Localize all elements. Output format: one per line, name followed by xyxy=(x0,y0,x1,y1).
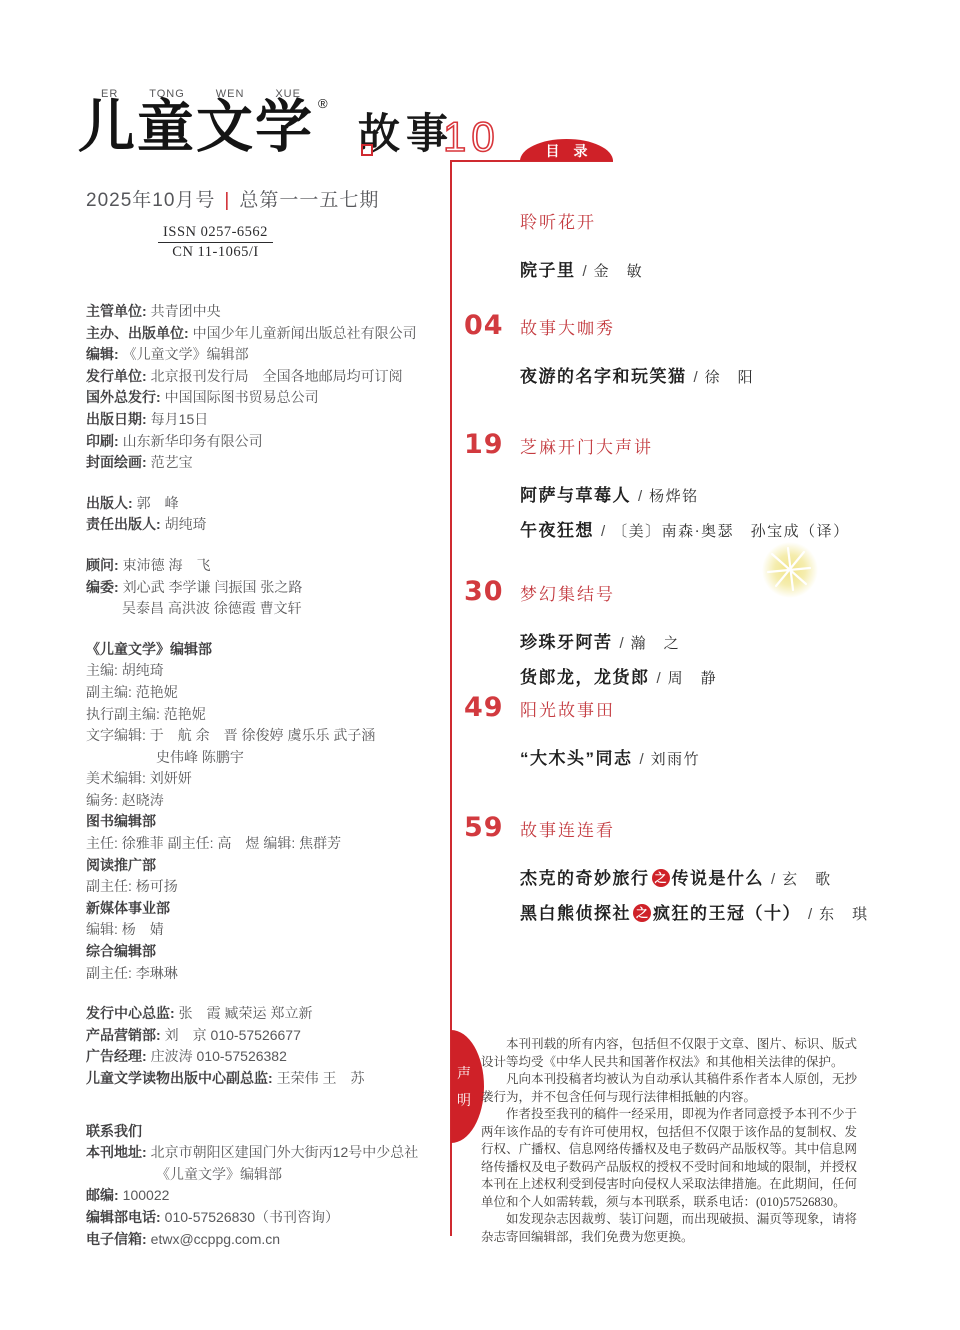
cn-number: CN 11-1065/I xyxy=(148,243,283,261)
toc-section-label: 聆听花开 xyxy=(520,208,596,238)
toc-item: 珍珠牙阿苦/瀚 之 xyxy=(520,626,914,661)
toc-section-items: 院子里/金 敏 xyxy=(464,254,914,289)
statement-paragraph: 凡向本刊投稿者均被认为自动承认其稿件系作者本人原创，无抄袭行为，并不包含任何与现… xyxy=(481,1071,857,1106)
masthead-info-line: 邮编:100022 xyxy=(86,1185,476,1207)
masthead-info-line: 主办、出版单位:中国少年儿童新闻出版总社有限公司 xyxy=(86,323,476,345)
masthead-info-line: 文字编辑: 于 航 余 晋 徐俊婷 虞乐乐 武子涵 xyxy=(86,725,476,747)
toc-item-title-suffix: 传说是什么 xyxy=(672,869,765,888)
field-value: 王荣伟 王 苏 xyxy=(277,1070,365,1086)
toc-section: 19 芝麻开门大声讲 阿萨与草莓人/杨烨铭 午夜狂想/〔美〕南森·奥瑟 孙宝成（… xyxy=(464,430,914,549)
masthead-info-line: 副主任: 杨可扬 xyxy=(86,876,476,898)
toc-section-label: 芝麻开门大声讲 xyxy=(520,433,653,463)
field-value: 中国国际图书贸易总公司 xyxy=(165,389,319,405)
masthead-info-column: 主管单位:共青团中央 主办、出版单位:中国少年儿童新闻出版总社有限公司 编辑:《… xyxy=(86,301,476,1269)
masthead-info-line: 副主任: 李琳琳 xyxy=(86,963,476,985)
field-value: 阅读推广部 xyxy=(86,857,156,873)
masthead-info-line: 执行副主编: 范艳妮 xyxy=(86,704,476,726)
toc-section: 59 故事连连看 杰克的奇妙旅行之传说是什么/玄 歌 黑白熊侦探社之疯狂的王冠（… xyxy=(464,813,914,932)
zhi-circle-badge: 之 xyxy=(633,904,651,922)
title-author-separator: / xyxy=(640,751,644,768)
masthead-info-line: 主任: 徐雅菲 副主任: 高 煜 编辑: 焦群芳 xyxy=(86,833,476,855)
masthead-info-line: 发行单位:北京报刊发行局 全国各地邮局均可订阅 xyxy=(86,366,476,388)
edition-volume: 总第一一五七期 xyxy=(239,190,379,211)
issue-number: 10 xyxy=(443,114,500,160)
masthead-info-block: 顾问:束沛德 海 飞 编委:刘心武 李学谦 闫振国 张之路 吴泰昌 高洪波 徐德… xyxy=(86,555,476,620)
title-author-separator: / xyxy=(620,635,624,652)
toc-item: 杰克的奇妙旅行之传说是什么/玄 歌 xyxy=(520,862,914,897)
title-author-separator: / xyxy=(771,871,775,888)
field-value: 北京市朝阳区建国门外大街丙12号中少总社 xyxy=(151,1144,419,1160)
edition-line: 2025年10月号|总第一一五七期 xyxy=(86,185,379,212)
zhi-circle-badge: 之 xyxy=(652,869,670,887)
masthead-info-line: 封面绘画:范艺宝 xyxy=(86,452,476,474)
toc-badge-label: 目录 xyxy=(532,142,602,161)
field-value: 执行副主编: 范艳妮 xyxy=(86,706,206,722)
toc-item-title: 黑白熊侦探社 xyxy=(520,904,631,923)
edition-separator: | xyxy=(224,190,230,211)
field-label: 本刊地址: xyxy=(86,1144,147,1160)
masthead-info-line: 印刷:山东新华印务有限公司 xyxy=(86,431,476,453)
red-square-decoration xyxy=(361,144,373,156)
masthead-info-line: 《儿童文学》编辑部 xyxy=(86,1164,476,1186)
masthead-info-block: 联系我们 本刊地址:北京市朝阳区建国门外大街丙12号中少总社 《儿童文学》编辑部… xyxy=(86,1121,476,1251)
field-value: 刘心武 李学谦 闫振国 张之路 xyxy=(123,579,303,595)
toc-item-author: 刘雨竹 xyxy=(651,752,701,768)
registered-trademark-mark: ® xyxy=(318,96,328,111)
toc-item-title-suffix: 疯狂的王冠（十） xyxy=(653,904,801,923)
title-author-separator: / xyxy=(694,369,698,386)
toc-section-label: 故事大咖秀 xyxy=(520,314,615,344)
field-label: 编辑: xyxy=(86,346,119,362)
field-value: 束沛德 海 飞 xyxy=(123,557,211,573)
statement-badge: 声 明 xyxy=(451,1030,484,1143)
toc-dome-badge: 目录 xyxy=(520,139,613,161)
toc-item-title: 杰克的奇妙旅行 xyxy=(520,869,650,888)
masthead-info-line: 儿童文学读物出版中心副总监:王荣伟 王 苏 xyxy=(86,1068,476,1090)
masthead-info-line: 主编: 胡纯琦 xyxy=(86,660,476,682)
field-value: 共青团中央 xyxy=(151,303,221,319)
issn-number: ISSN 0257-6562 xyxy=(158,224,273,243)
masthead-info-line: 新媒体事业部 xyxy=(86,898,476,920)
masthead-info-line: 广告经理:庄波涛 010-57526382 xyxy=(86,1046,476,1068)
field-value: 综合编辑部 xyxy=(86,943,156,959)
field-value: 《儿童文学》编辑部 xyxy=(86,641,212,657)
title-author-separator: / xyxy=(808,906,812,923)
masthead-info-line: 编务: 赵晓涛 xyxy=(86,790,476,812)
toc-item-author: 瀚 之 xyxy=(631,636,681,652)
field-value: 史伟峰 陈鹏宇 xyxy=(156,749,244,765)
field-label: 责任出版人: xyxy=(86,516,161,532)
field-value: 庄波涛 010-57526382 xyxy=(151,1048,287,1064)
toc-section: 04 故事大咖秀 夜游的名字和玩笑猫/徐 阳 xyxy=(464,311,914,395)
toc-item: 货郎龙，龙货郎/周 静 xyxy=(520,661,914,696)
toc-item-author: 玄 歌 xyxy=(782,872,832,888)
masthead-info-line: 吴泰昌 高洪波 徐德霞 曹文轩 xyxy=(86,598,476,620)
masthead-info-line: 联系我们 xyxy=(86,1121,476,1143)
issn-block: ISSN 0257-6562 CN 11-1065/I xyxy=(148,224,283,261)
field-value: 吴泰昌 高洪波 徐德霞 曹文轩 xyxy=(122,600,302,616)
field-value: 编务: 赵晓涛 xyxy=(86,792,164,808)
masthead-info-line: 综合编辑部 xyxy=(86,941,476,963)
masthead-info-line: 国外总发行:中国国际图书贸易总公司 xyxy=(86,387,476,409)
field-label: 发行中心总监: xyxy=(86,1005,175,1021)
masthead-info-block: 出版人:郭 峰 责任出版人:胡纯琦 xyxy=(86,493,476,536)
toc-item-title: 货郎龙，龙货郎 xyxy=(520,668,650,687)
toc-item-title: 阿萨与草莓人 xyxy=(520,486,631,505)
toc-item-title: 珍珠牙阿苦 xyxy=(520,633,613,652)
title-author-separator: / xyxy=(657,670,661,687)
masthead-info-block: 《儿童文学》编辑部 主编: 胡纯琦 副主编: 范艳妮 执行副主编: 范艳妮 xyxy=(86,639,476,985)
statement-badge-char: 声 xyxy=(457,1066,471,1080)
field-value: 《儿童文学》编辑部 xyxy=(156,1166,282,1182)
toc-section-head: 49 阳光故事田 xyxy=(464,693,914,726)
masthead-info-line: 《儿童文学》编辑部 xyxy=(86,639,476,661)
toc-section-label: 故事连连看 xyxy=(520,816,615,846)
field-label: 编委: xyxy=(86,579,119,595)
magazine-toc-page: ERTONGWENXUE 儿童文学 ® 故事 10 目录 2025年10月号|总… xyxy=(0,0,960,1330)
field-label: 出版人: xyxy=(86,495,133,511)
edition-issue: 2025年10月号 xyxy=(86,190,215,211)
toc-section-items: “大木头”同志/刘雨竹 xyxy=(464,742,914,777)
toc-item-author: 〔美〕南森·奥瑟 孙宝成（译） xyxy=(612,524,850,540)
masthead-info-line: 出版日期:每月15日 xyxy=(86,409,476,431)
toc-section: 30 梦幻集结号 珍珠牙阿苦/瀚 之 货郎龙，龙货郎/周 静 xyxy=(464,577,914,696)
field-value: 编辑: 杨 婧 xyxy=(86,921,164,937)
masthead-info-line: 出版人:郭 峰 xyxy=(86,493,476,515)
toc-item-author: 周 静 xyxy=(668,671,718,687)
masthead-info-line: 顾问:束沛德 海 飞 xyxy=(86,555,476,577)
toc-item: 院子里/金 敏 xyxy=(520,254,914,289)
toc-section-head: 19 芝麻开门大声讲 xyxy=(464,430,914,463)
field-label: 电子信箱: xyxy=(86,1231,147,1247)
field-value: 美术编辑: 刘妍妍 xyxy=(86,770,192,786)
masthead-info-line: 副主编: 范艳妮 xyxy=(86,682,476,704)
field-value: 张 霞 臧荣运 郑立新 xyxy=(179,1005,313,1021)
toc-section: 49 阳光故事田 “大木头”同志/刘雨竹 xyxy=(464,693,914,777)
toc-item: “大木头”同志/刘雨竹 xyxy=(520,742,914,777)
field-value: 副主任: 李琳琳 xyxy=(86,965,178,981)
masthead-info-line: 主管单位:共青团中央 xyxy=(86,301,476,323)
field-label: 编辑部电话: xyxy=(86,1209,161,1225)
field-value: 010-57526830（书刊咨询） xyxy=(165,1209,339,1225)
toc-section-items: 杰克的奇妙旅行之传说是什么/玄 歌 黑白熊侦探社之疯狂的王冠（十）/东 琪 xyxy=(464,862,914,932)
toc-item-author: 金 敏 xyxy=(594,264,644,280)
statement-text: 本刊刊载的所有内容，包括但不仅限于文章、图片、标识、版式设计等均受《中华人民共和… xyxy=(481,1036,857,1246)
toc-item-title: 院子里 xyxy=(520,261,576,280)
masthead-info-block: 发行中心总监:张 霞 臧荣运 郑立新 产品营销部:刘 京 010-5752667… xyxy=(86,1003,476,1089)
field-value: 范艺宝 xyxy=(151,454,193,470)
flower-starburst-decoration xyxy=(760,540,820,600)
masthead-info-line: 产品营销部:刘 京 010-57526677 xyxy=(86,1025,476,1047)
field-value: 主编: 胡纯琦 xyxy=(86,662,164,678)
field-value: 新媒体事业部 xyxy=(86,900,170,916)
field-label: 发行单位: xyxy=(86,368,147,384)
field-label: 国外总发行: xyxy=(86,389,161,405)
field-value: 主任: 徐雅菲 副主任: 高 煜 编辑: 焦群芳 xyxy=(86,835,341,851)
masthead-info-line: 发行中心总监:张 霞 臧荣运 郑立新 xyxy=(86,1003,476,1025)
field-label: 主管单位: xyxy=(86,303,147,319)
field-label: 邮编: xyxy=(86,1187,119,1203)
toc-section-head: 59 故事连连看 xyxy=(464,813,914,846)
field-value: 刘 京 010-57526677 xyxy=(165,1027,301,1043)
field-value: 图书编辑部 xyxy=(86,813,156,829)
toc-item-title: 夜游的名字和玩笑猫 xyxy=(520,367,687,386)
toc-section-items: 珍珠牙阿苦/瀚 之 货郎龙，龙货郎/周 静 xyxy=(464,626,914,696)
masthead-info-line: 史伟峰 陈鹏宇 xyxy=(86,747,476,769)
toc-item-author: 东 琪 xyxy=(819,907,869,923)
field-value: 山东新华印务有限公司 xyxy=(123,433,263,449)
statement-paragraph: 本刊刊载的所有内容，包括但不仅限于文章、图片、标识、版式设计等均受《中华人民共和… xyxy=(481,1036,857,1071)
field-value: etwx@ccppg.com.cn xyxy=(151,1231,280,1247)
toc-section-head: 04 故事大咖秀 xyxy=(464,311,914,344)
masthead-info-line: 编辑部电话:010-57526830（书刊咨询） xyxy=(86,1207,476,1229)
toc-section-label: 阳光故事田 xyxy=(520,696,615,726)
toc-section-items: 夜游的名字和玩笑猫/徐 阳 xyxy=(464,360,914,395)
field-value: 联系我们 xyxy=(86,1123,142,1139)
toc-section: 聆听花开 院子里/金 敏 xyxy=(464,208,914,289)
field-value: 副主编: 范艳妮 xyxy=(86,684,178,700)
title-author-separator: / xyxy=(638,488,642,505)
toc-section-head: 聆听花开 xyxy=(464,208,914,238)
field-label: 儿童文学读物出版中心副总监: xyxy=(86,1070,273,1086)
field-value: 胡纯琦 xyxy=(165,516,207,532)
field-label: 产品营销部: xyxy=(86,1027,161,1043)
masthead-info-line: 编委:刘心武 李学谦 闫振国 张之路 xyxy=(86,577,476,599)
title-author-separator: / xyxy=(583,263,587,280)
toc-item: 阿萨与草莓人/杨烨铭 xyxy=(520,479,914,514)
toc-section-items: 阿萨与草莓人/杨烨铭 午夜狂想/〔美〕南森·奥瑟 孙宝成（译） xyxy=(464,479,914,549)
field-value: 每月15日 xyxy=(151,411,209,427)
masthead-info-line: 美术编辑: 刘妍妍 xyxy=(86,768,476,790)
masthead-info-line: 图书编辑部 xyxy=(86,811,476,833)
toc-item: 夜游的名字和玩笑猫/徐 阳 xyxy=(520,360,914,395)
toc-item-author: 杨烨铭 xyxy=(649,489,699,505)
toc-section-head: 30 梦幻集结号 xyxy=(464,577,914,610)
toc-item: 午夜狂想/〔美〕南森·奥瑟 孙宝成（译） xyxy=(520,514,914,549)
masthead-info-line: 责任出版人:胡纯琦 xyxy=(86,514,476,536)
toc-section-label: 梦幻集结号 xyxy=(520,580,615,610)
statement-paragraph: 如发现杂志因裁剪、装订问题，而出现破损、漏页等现象，请将杂志寄回编辑部，我们免费… xyxy=(481,1211,857,1246)
field-label: 印刷: xyxy=(86,433,119,449)
magazine-logo: 儿童文学 xyxy=(78,92,314,164)
masthead-info-line: 阅读推广部 xyxy=(86,855,476,877)
statement-badge-char: 明 xyxy=(457,1093,471,1107)
field-value: 副主任: 杨可扬 xyxy=(86,878,178,894)
field-value: 郭 峰 xyxy=(137,495,179,511)
field-value: 《儿童文学》编辑部 xyxy=(123,346,249,362)
field-label: 广告经理: xyxy=(86,1048,147,1064)
field-value: 100022 xyxy=(123,1187,170,1203)
masthead-info-line: 电子信箱:etwx@ccppg.com.cn xyxy=(86,1229,476,1251)
masthead-info-line: 编辑: 杨 婧 xyxy=(86,919,476,941)
title-author-separator: / xyxy=(601,523,605,540)
masthead-info-line: 本刊地址:北京市朝阳区建国门外大街丙12号中少总社 xyxy=(86,1142,476,1164)
field-label: 顾问: xyxy=(86,557,119,573)
field-label: 主办、出版单位: xyxy=(86,325,189,341)
field-value: 文字编辑: 于 航 余 晋 徐俊婷 虞乐乐 武子涵 xyxy=(86,727,375,743)
field-value: 北京报刊发行局 全国各地邮局均可订阅 xyxy=(151,368,403,384)
statement-paragraph: 作者投至我刊的稿件一经采用，即视为作者同意授予本刊不少于两年该作品的专有许可使用… xyxy=(481,1106,857,1211)
masthead-info-line: 编辑:《儿童文学》编辑部 xyxy=(86,344,476,366)
field-value: 中国少年儿童新闻出版总社有限公司 xyxy=(193,325,417,341)
toc-item: 黑白熊侦探社之疯狂的王冠（十）/东 琪 xyxy=(520,897,914,932)
toc-item-title: 午夜狂想 xyxy=(520,521,594,540)
field-label: 出版日期: xyxy=(86,411,147,427)
masthead-info-block: 主管单位:共青团中央 主办、出版单位:中国少年儿童新闻出版总社有限公司 编辑:《… xyxy=(86,301,476,474)
toc-item-author: 徐 阳 xyxy=(705,370,755,386)
toc-item-title: “大木头”同志 xyxy=(520,749,633,768)
field-label: 封面绘画: xyxy=(86,454,147,470)
